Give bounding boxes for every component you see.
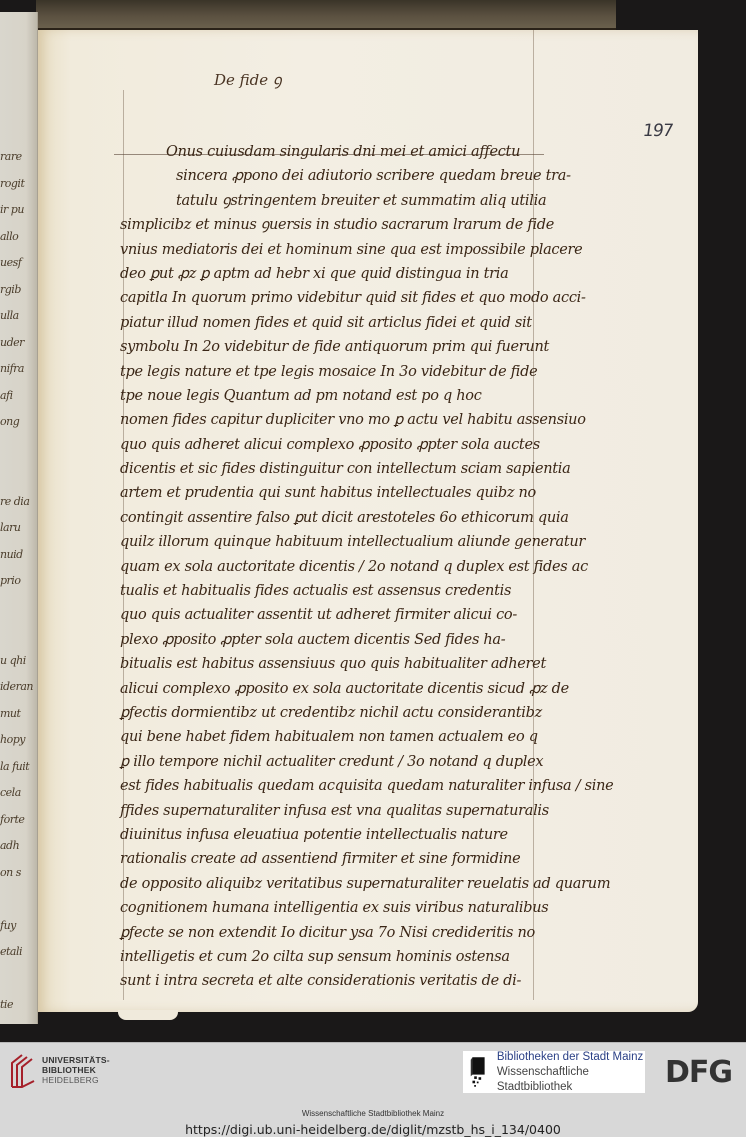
facing-margin-fragment: uesf (0, 256, 21, 269)
manuscript-line: de opposito aliquibz veritatibus superna… (120, 872, 560, 896)
manuscript-line: symbolu In 2o videbitur de fide antiquor… (120, 335, 560, 359)
facing-margin-fragment: la fuit (0, 760, 29, 773)
manuscript-line: plexo ꝓposito ꝓpter sola auctem dicentis… (120, 628, 560, 652)
mainz-library-name: Bibliotheken der Stadt Mainz Wissenschaf… (497, 1050, 645, 1095)
university-library-name: UNIVERSITÄTS- BIBLIOTHEK HEIDELBERG (42, 1055, 110, 1085)
manuscript-line: deo ꝑut ꝓz ꝑ aptm ad hebr xi que quid di… (120, 262, 560, 286)
facing-margin-fragment: nifra (0, 362, 24, 375)
manuscript-line: bitualis est habitus assensiuus quo quis… (120, 652, 560, 676)
facing-margin-fragment: laru (0, 521, 20, 534)
facing-margin-fragment: ideran (0, 680, 33, 693)
manuscript-scan: rarerogitir puallouesfrgibullaudernifraa… (0, 0, 746, 1042)
facing-margin-fragment: forte (0, 813, 24, 826)
permalink-url[interactable]: https://digi.ub.uni-heidelberg.de/diglit… (0, 1122, 746, 1136)
facing-margin-fragment: rare (0, 150, 22, 163)
footer: UNIVERSITÄTS- BIBLIOTHEK HEIDELBERG Bibl… (0, 1042, 746, 1136)
mainz-library-logo[interactable]: Bibliotheken der Stadt Mainz Wissenschaf… (463, 1051, 645, 1093)
facing-margin-fragment: cela (0, 786, 21, 799)
facing-page-verso: rarerogitir puallouesfrgibullaudernifraa… (0, 12, 38, 1024)
ub-line3: HEIDELBERG (42, 1075, 110, 1085)
manuscript-line: capitla In quorum primo videbitur quid s… (120, 286, 560, 310)
facing-margin-fragment: u qhi (0, 654, 26, 667)
manuscript-line: diuinitus infusa eleuatiua potentie inte… (120, 823, 560, 847)
facing-margin-fragment: fuy (0, 919, 16, 932)
facing-margin-fragment: rgib (0, 283, 21, 296)
facing-margin-fragment: prio (0, 574, 20, 587)
manuscript-line: ꝑfectis dormientibz ut credentibz nichil… (120, 701, 560, 725)
manuscript-line: intelligetis et cum 2o cilta sup sensum … (120, 945, 560, 969)
manuscript-line: est fides habitualis quedam acquisita qu… (120, 774, 560, 798)
manuscript-line: quam ex sola auctoritate dicentis / 2o n… (120, 555, 560, 579)
manuscript-line: piatur illud nomen fides et quid sit art… (120, 311, 560, 335)
manuscript-line: ffides supernaturaliter infusa est vna q… (120, 799, 560, 823)
facing-margin-fragment: ulla (0, 309, 19, 322)
manuscript-line: qui bene habet fidem habitualem non tame… (120, 725, 560, 749)
facing-margin-fragment: uder (0, 336, 24, 349)
manuscript-line: quo quis adheret alicui complexo ꝓposito… (120, 433, 560, 457)
manuscript-line: sincera ꝓpono dei adiutorio scribere que… (120, 164, 560, 188)
manuscript-line: contingit assentire falso ꝑut dicit ares… (120, 506, 560, 530)
ub-heidelberg-icon (8, 1051, 36, 1089)
mainz-line2: Wissenschaftliche Stadtbibliothek (497, 1065, 645, 1095)
facing-margin-fragment: ir pu (0, 203, 24, 216)
recto-page: De fide ꝯ 197 Onus cuiusdam singularis d… (38, 30, 698, 1012)
facing-margin-fragment: mut (0, 707, 20, 720)
manuscript-line: quo quis actualiter assentit ut adheret … (120, 603, 560, 627)
header-note: De fide ꝯ (214, 70, 282, 90)
manuscript-line: nomen fides capitur dupliciter vno mo ꝑ … (120, 408, 560, 432)
dfg-logo[interactable]: DFG (665, 1055, 732, 1090)
facing-margin-fragment: etali (0, 945, 22, 958)
manuscript-line: dicentis et sic fides distinguitur con i… (120, 457, 560, 481)
facing-margin-fragment: re dia (0, 495, 29, 508)
facing-margin-fragment: on s (0, 866, 21, 879)
facing-margin-fragment: adh (0, 839, 19, 852)
ub-line1: UNIVERSITÄTS- (42, 1055, 110, 1065)
manuscript-line: quilz illorum quinque habituum intellect… (120, 530, 560, 554)
manuscript-line: vnius mediatoris dei et hominum sine qua… (120, 238, 560, 262)
manuscript-line: cognitionem humana intelligentia ex suis… (120, 896, 560, 920)
holding-institution: Wissenschaftliche Stadtbibliothek Mainz (0, 1109, 746, 1118)
manuscript-line: tpe noue legis Quantum ad pm notand est … (120, 384, 560, 408)
facing-margin-fragment: ong (0, 415, 19, 428)
manuscript-line: ꝑfecte se non extendit Io dicitur ysa 7o… (120, 921, 560, 945)
manuscript-line: rationalis create ad assentiend firmiter… (120, 847, 560, 871)
facing-margin-fragment: nuid (0, 548, 23, 561)
manuscript-line: sunt i intra secreta et alte considerati… (120, 969, 560, 993)
binding-strap (36, 0, 616, 30)
manuscript-line: simplicibz et minus ꝯuersis in studio sa… (120, 213, 560, 237)
ub-line2: BIBLIOTHEK (42, 1065, 110, 1075)
university-library-logo[interactable]: UNIVERSITÄTS- BIBLIOTHEK HEIDELBERG (8, 1051, 110, 1089)
manuscript-line: artem et prudentia qui sunt habitus inte… (120, 481, 560, 505)
manuscript-line: Onus cuiusdam singularis dni mei et amic… (120, 140, 560, 164)
facing-margin-fragment: tie (0, 998, 13, 1011)
manuscript-text-block: Onus cuiusdam singularis dni mei et amic… (120, 140, 560, 994)
manuscript-line: tualis et habitualis fides actualis est … (120, 579, 560, 603)
facing-margin-fragment: rogit (0, 177, 24, 190)
manuscript-line: tpe legis nature et tpe legis mosaice In… (120, 360, 560, 384)
facing-margin-fragment: hopy (0, 733, 25, 746)
manuscript-line: tatulu ꝯstringentem breuiter et summatim… (120, 189, 560, 213)
book-icon (469, 1053, 490, 1091)
manuscript-line: alicui complexo ꝓposito ex sola auctorit… (120, 677, 560, 701)
facing-margin-fragment: allo (0, 230, 18, 243)
folio-number: 197 (642, 121, 674, 141)
facing-margin-fragment: afi (0, 389, 13, 402)
manuscript-line: ꝑ illo tempore nichil actualiter credunt… (120, 750, 560, 774)
mainz-line1: Bibliotheken der Stadt Mainz (497, 1050, 645, 1065)
